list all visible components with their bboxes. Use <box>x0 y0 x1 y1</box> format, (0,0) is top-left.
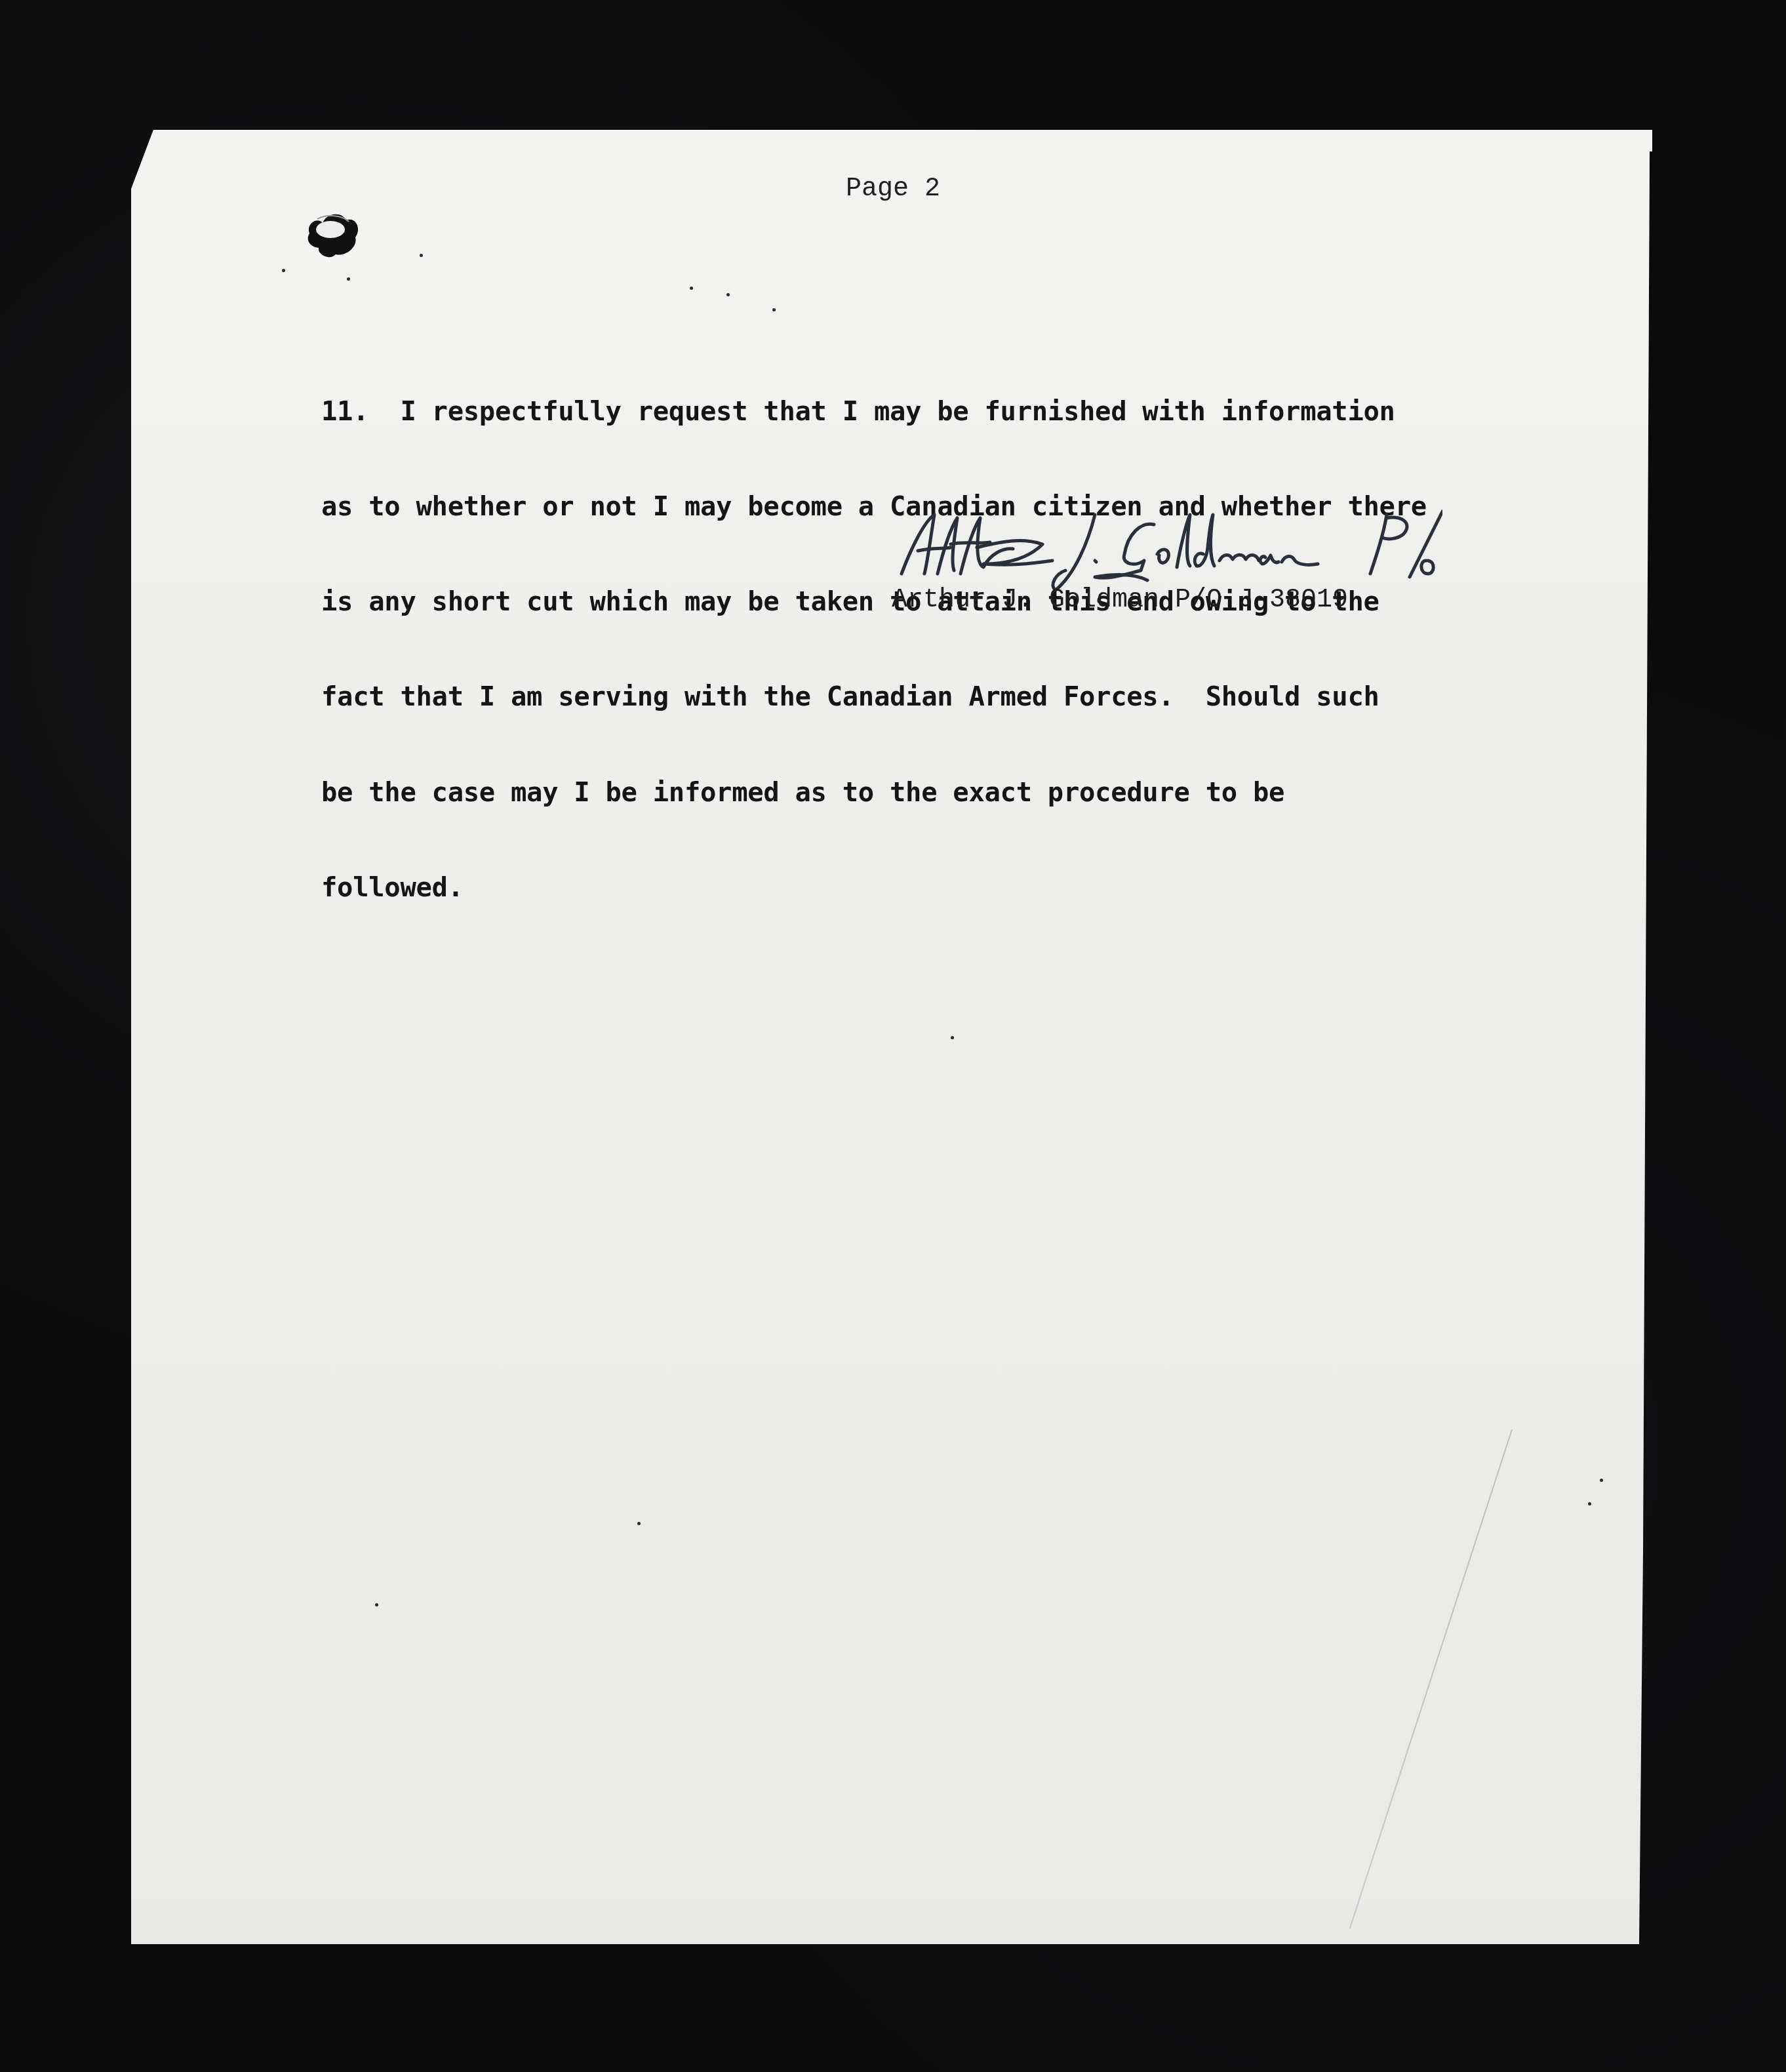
paper-speck <box>637 1522 641 1525</box>
paragraph-11: 11. I respectfully request that I may be… <box>321 332 1427 935</box>
paper-speck <box>726 293 730 296</box>
paper-speck <box>347 277 350 281</box>
paper-speck <box>951 1036 954 1039</box>
paper-speck <box>375 1603 378 1606</box>
paper-speck <box>1588 1502 1591 1505</box>
paper-speck <box>1600 1479 1603 1482</box>
page-number: Page 2 <box>846 174 940 204</box>
punch-hole-icon <box>303 209 363 261</box>
paper-speck <box>282 269 285 272</box>
paragraph-line: fact that I am serving with the Canadian… <box>321 681 1427 712</box>
paragraph-line: 11. I respectfully request that I may be… <box>321 395 1427 427</box>
paragraph-line: be the case may I be informed as to the … <box>321 776 1427 808</box>
paper-speck <box>420 254 423 257</box>
paragraph-line: followed. <box>321 871 1427 903</box>
paper-speck <box>772 308 776 311</box>
typed-signature-name: Arthur J. Goldman P/O J-38019 <box>892 586 1348 615</box>
paper-speck <box>690 287 693 290</box>
handwritten-signature: Arthur J. Goldman P/O <box>898 508 1442 593</box>
